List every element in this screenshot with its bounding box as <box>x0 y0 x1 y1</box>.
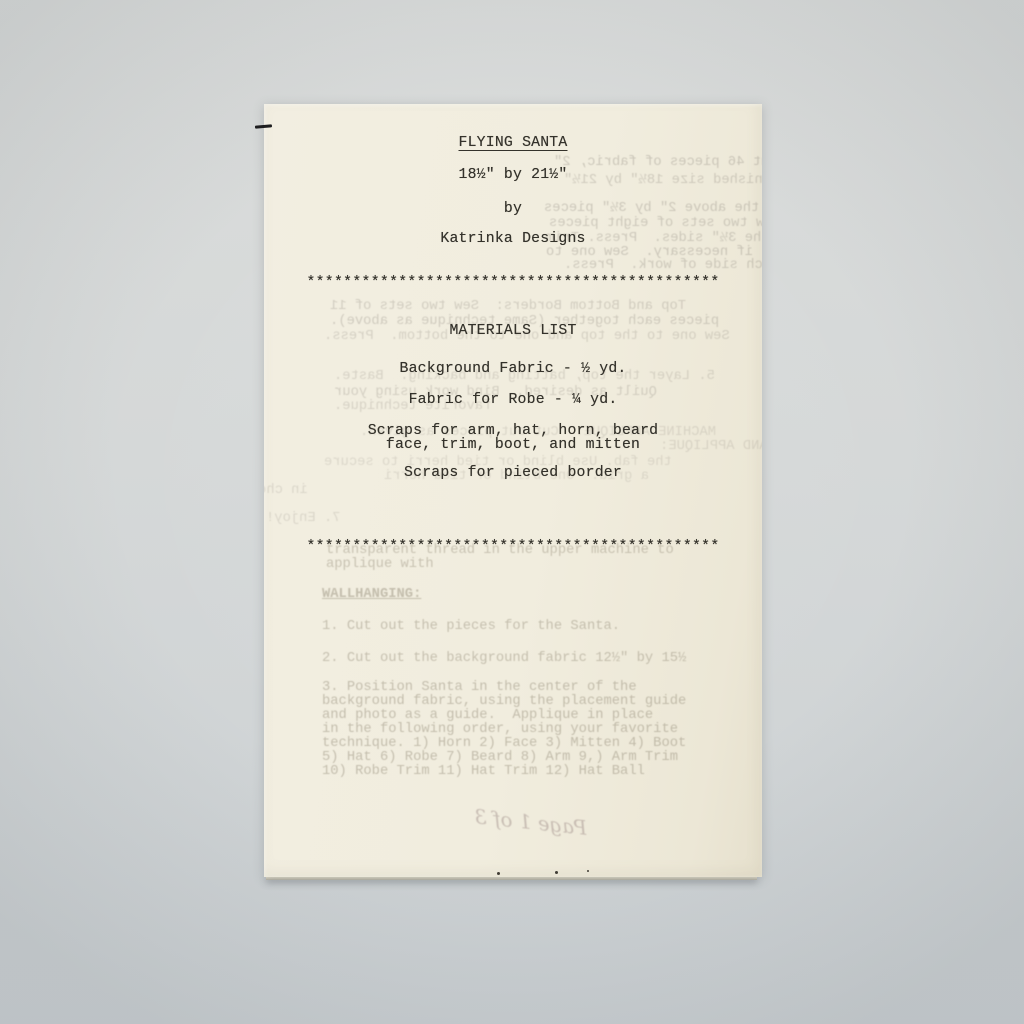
materials-item: Scraps for arm, hat, horn, beardface, tr… <box>264 424 762 454</box>
ghost-line: WALLHANGING: <box>322 588 421 602</box>
pattern-sheet: 4. Borders: Cut out 46 pieces of fabric,… <box>264 104 762 877</box>
ghost-line: and photo as a guide. Applique in place <box>322 709 653 723</box>
finished-size: 18½" by 21½" <box>264 167 762 184</box>
materials-item: Scraps for pieced border <box>264 466 762 481</box>
paper-stack: 4. Borders: Cut out 46 pieces of fabric,… <box>264 104 762 877</box>
asterisk-divider-bottom: ****************************************… <box>264 539 762 556</box>
materials-item: Background Fabric - ½ yd. <box>264 362 762 377</box>
materials-heading: MATERIALS LIST <box>264 323 762 340</box>
materials-item-line: Background Fabric - ½ yd. <box>264 362 762 377</box>
ghost-line: 5) Hat 6) Robe 7) Beard 8) Arm 9,) Arm T… <box>322 751 678 765</box>
ghost-line: 10) Robe Trim 11) Hat Trim 12) Hat Ball <box>322 765 645 779</box>
paper-speck <box>555 871 558 874</box>
ghost-line: 3. Position Santa in the center of the <box>322 681 637 695</box>
ghost-line: 7. Enjoy! <box>266 512 341 526</box>
ghost-line: each side of work. Press. <box>564 259 762 273</box>
document-title: FLYING SANTA <box>264 135 762 152</box>
ghost-line: technique. 1) Horn 2) Face 3) Mitten 4) … <box>322 737 686 751</box>
ghost-line: 2. Cut out the background fabric 12½" by… <box>322 652 686 666</box>
handwritten-note: Page 1 of 3 <box>473 804 588 840</box>
paper-speck <box>497 872 500 875</box>
ghost-line: in the following order, using your favor… <box>322 723 678 737</box>
ghost-line: of fabric, sew two sets of eight pieces <box>549 217 762 231</box>
materials-item-line: Fabric for Robe - ¼ yd. <box>264 393 762 408</box>
ghost-line: 1. Cut out the pieces for the Santa. <box>322 620 620 634</box>
materials-item: Fabric for Robe - ¼ yd. <box>264 393 762 408</box>
ghost-line: applique with <box>326 558 434 572</box>
byline: by <box>264 201 762 218</box>
materials-item-line: Scraps for pieced border <box>264 466 762 481</box>
materials-list: Background Fabric - ½ yd.Fabric for Robe… <box>264 362 762 497</box>
paper-speck <box>587 870 589 872</box>
asterisk-divider-top: ****************************************… <box>264 275 762 292</box>
ghost-line: background fabric, using the placement g… <box>322 695 686 709</box>
author-name: Katrinka Designs <box>264 231 762 248</box>
ghost-line: each set to 15½" if necessary. Sew one t… <box>546 246 762 260</box>
ghost-line: Top and Bottom Borders: Sew two sets of … <box>330 300 686 314</box>
materials-item-line: face, trim, boot, and mitten <box>264 438 762 453</box>
